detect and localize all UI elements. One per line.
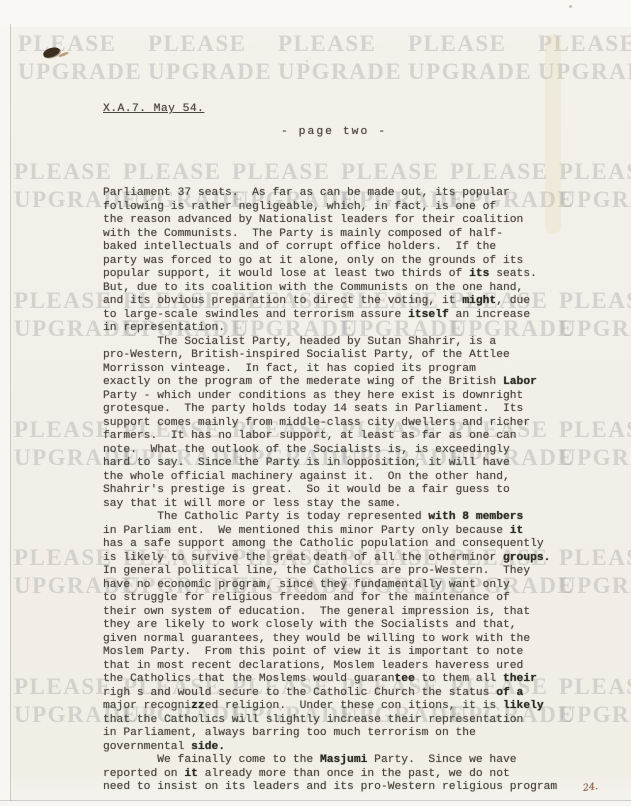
body-line: The Socialist Party, headed by Sutan Sha…: [103, 336, 623, 350]
body-line: given normal guarantees, they would be w…: [103, 633, 623, 647]
body-line: grotesque. The party holds today 14 seat…: [103, 403, 623, 417]
body-line: following is rather negligeable, which, …: [103, 201, 623, 215]
document-body: Parliament 37 seats. As far as can be ma…: [103, 187, 623, 795]
body-line: say that it will more or less stay the s…: [103, 498, 623, 512]
body-line: exactly on the program of the mederate w…: [103, 376, 623, 390]
body-line: The Catholic Party is today represented …: [103, 511, 623, 525]
body-line: We fainally come to the Masjumi Party. S…: [103, 754, 623, 768]
body-line: But, due to its coalition with the Commu…: [103, 282, 623, 296]
body-line: note. What the outlook of the Socialists…: [103, 444, 623, 458]
body-line: pro-Western, British-inspired Socialist …: [103, 349, 623, 363]
body-line: is likely to survive the great death of …: [103, 552, 623, 566]
body-line: with the Communists. The Party is mainly…: [103, 228, 623, 242]
body-line: In general political line, the Catholics…: [103, 565, 623, 579]
body-line: they are likely to work closely with the…: [103, 619, 623, 633]
body-line: the Catholics that the Moslems would gua…: [103, 673, 623, 687]
body-line: the reason advanced by Nationalist leade…: [103, 214, 623, 228]
scan-edge-line-left: [10, 24, 11, 806]
body-line: baked intellectuals and of corrupt offic…: [103, 241, 623, 255]
body-line: their own system of education. The gener…: [103, 606, 623, 620]
body-line: that the Catholics will slightly increas…: [103, 714, 623, 728]
body-line: righ s and would secure to the Catholic …: [103, 687, 623, 701]
body-line: party was forced to go at it alone, only…: [103, 255, 623, 269]
body-line: has a safe support among the Catholic po…: [103, 538, 623, 552]
body-line: support comes mainly from middle-class c…: [103, 417, 623, 431]
body-line: reported on it already more than once in…: [103, 768, 623, 782]
body-line: governmental side.: [103, 741, 623, 755]
body-line: to struggle for religious freedom and fo…: [103, 592, 623, 606]
document-reference: X.A.7. May 54.: [103, 103, 204, 115]
typewritten-content: X.A.7. May 54. - page two - Parliament 3…: [0, 0, 631, 806]
body-line: need to insist on its leaders and its pr…: [103, 781, 623, 795]
page-number-annotation: 24.: [582, 781, 598, 794]
body-line: have no economic program, since they fun…: [103, 579, 623, 593]
body-line: major recognizzed religion. Under these …: [103, 700, 623, 714]
body-line: Moslem Party. From this point of view it…: [103, 646, 623, 660]
body-line: in representation.: [103, 322, 623, 336]
body-line: in Parliament, always barring too much t…: [103, 727, 623, 741]
body-line: to large-scale swindles and terrorism as…: [103, 309, 623, 323]
body-line: that in most recent declarations, Moslem…: [103, 660, 623, 674]
body-line: Shahrir's prestige is great. So it would…: [103, 484, 623, 498]
page-label: - page two -: [281, 126, 387, 138]
body-line: Morrisson vinteage. In fact, it has copi…: [103, 363, 623, 377]
body-line: and its obvious preparation to direct th…: [103, 295, 623, 309]
body-line: farmers. It has no labor support, at lea…: [103, 430, 623, 444]
body-line: popular support, it would lose at least …: [103, 268, 623, 282]
scanned-document-page: PLEASEUPGRADEPLEASEUPGRADEPLEASEUPGRADEP…: [0, 0, 631, 806]
body-line: Party - which under conditions as they h…: [103, 390, 623, 404]
body-line: in Parliam ent. We mentioned this minor …: [103, 525, 623, 539]
body-line: hard to say. Since the Party is in oppos…: [103, 457, 623, 471]
body-line: Parliament 37 seats. As far as can be ma…: [103, 187, 623, 201]
scan-edge-below: [0, 801, 631, 806]
body-line: the whole official machinery against it.…: [103, 471, 623, 485]
